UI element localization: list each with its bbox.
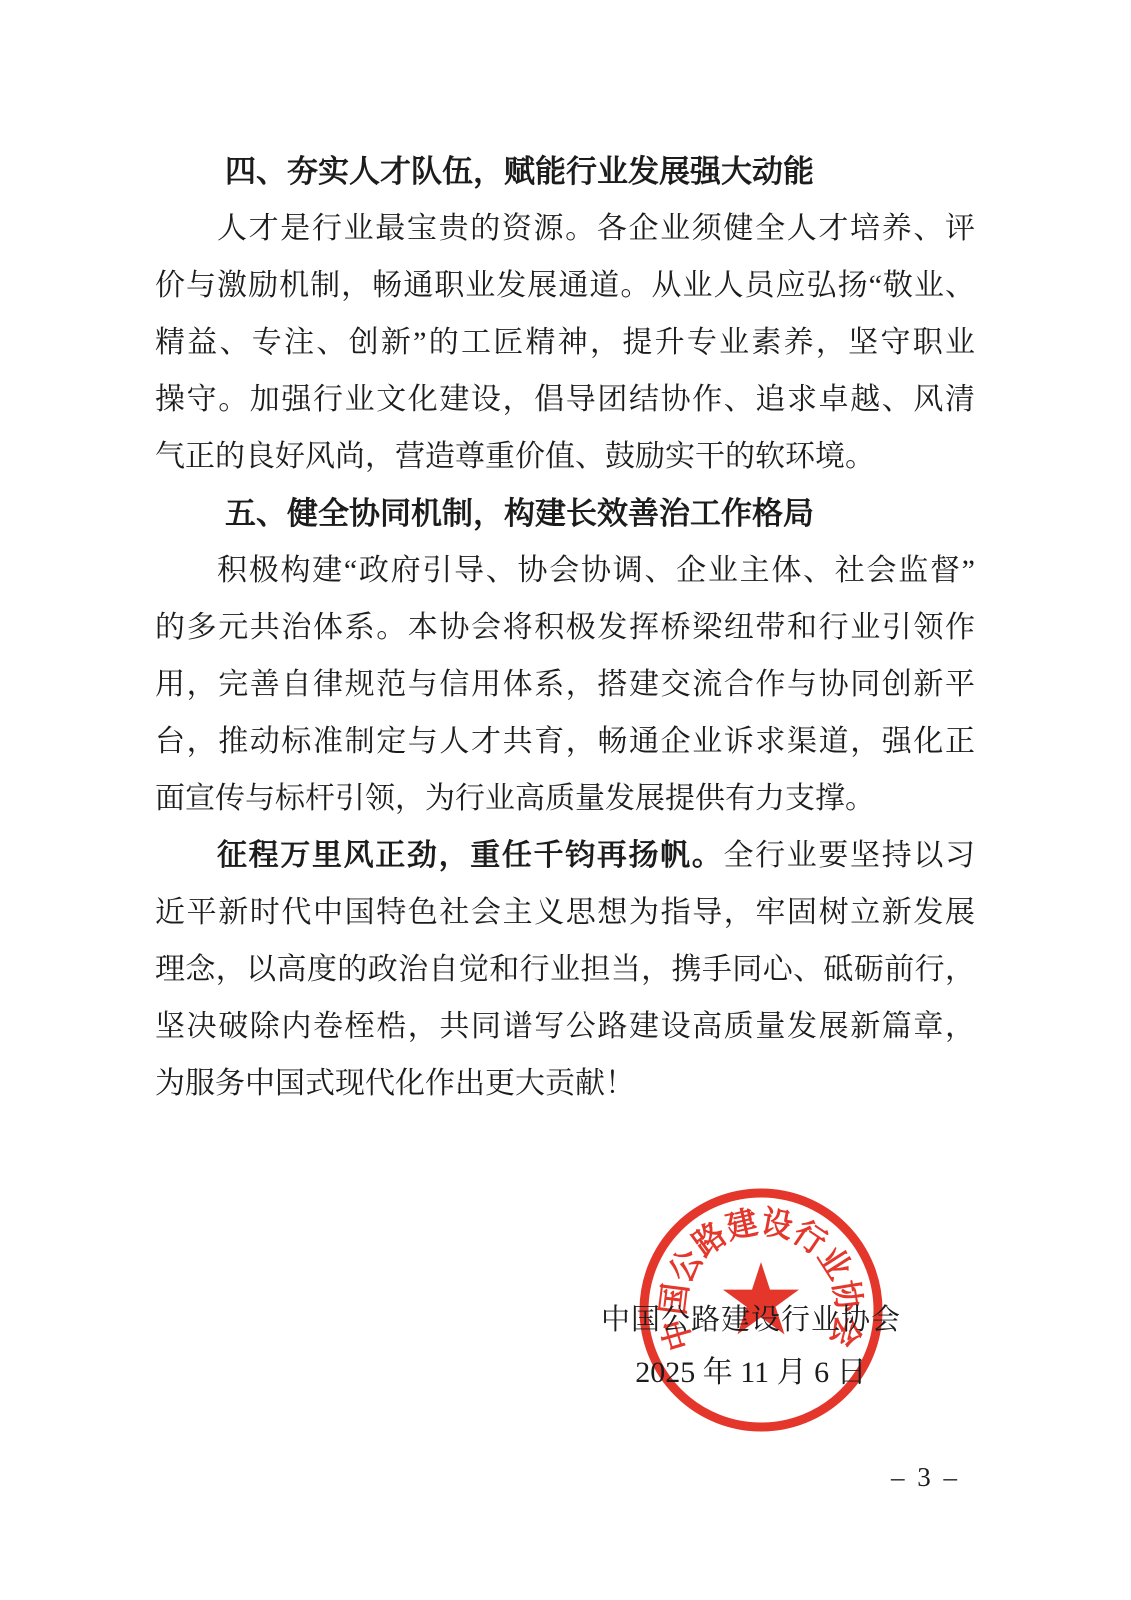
text-line: 用，完善自律规范与信用体系，搭建交流合作与协同创新平: [155, 656, 975, 713]
text-line: 价与激励机制，畅通职业发展通道。从业人员应弘扬“敬业、: [155, 257, 975, 314]
text-line: 五、健全协同机制，构建长效善治工作格局: [155, 485, 975, 542]
text-segment: 台，推动标准制定与人才共育，畅通企业诉求渠道，强化正: [155, 725, 975, 758]
text-segment: 人才是行业最宝贵的资源。各企业须健全人才培养、评: [217, 212, 975, 245]
text-segment: 五、健全协同机制，构建长效善治工作格局: [225, 496, 814, 531]
text-segment: 征程万里风正劲，重任千钧再扬帆。: [217, 839, 723, 872]
text-segment: 操守。加强行业文化建设，倡导团结协作、追求卓越、风清: [155, 383, 975, 416]
text-line: 气正的良好风尚，营造尊重价值、鼓励实干的软环境。: [155, 428, 975, 485]
text-line: 近平新时代中国特色社会主义思想为指导，牢固树立新发展: [155, 884, 975, 941]
text-line: 台，推动标准制定与人才共育，畅通企业诉求渠道，强化正: [155, 713, 975, 770]
document-page: 四、夯实人才队伍，赋能行业发展强大动能 人才是行业最宝贵的资源。各企业须健全人才…: [0, 0, 1131, 1600]
text-line: 精益、专注、创新”的工匠精神，提升专业素养，坚守职业: [155, 314, 975, 371]
document-body: 四、夯实人才队伍，赋能行业发展强大动能 人才是行业最宝贵的资源。各企业须健全人才…: [155, 143, 975, 1112]
text-line: 积极构建“政府引导、协会协调、企业主体、社会监督”: [155, 542, 975, 599]
document-date: 2025 年 11 月 6 日: [596, 1347, 906, 1391]
text-line: 面宣传与标杆引领，为行业高质量发展提供有力支撑。: [155, 770, 975, 827]
text-segment: 积极构建“政府引导、协会协调、企业主体、社会监督”: [217, 554, 975, 587]
text-segment: 全行业要坚持以习: [723, 839, 975, 872]
text-line: 征程万里风正劲，重任千钧再扬帆。全行业要坚持以习: [155, 827, 975, 884]
text-segment: 坚决破除内卷桎梏，共同谱写公路建设高质量发展新篇章，: [155, 1010, 975, 1043]
text-segment: 面宣传与标杆引领，为行业高质量发展提供有力支撑。: [155, 782, 875, 815]
text-segment: 为服务中国式现代化作出更大贡献！: [155, 1067, 635, 1100]
text-segment: 精益、专注、创新”的工匠精神，提升专业素养，坚守职业: [155, 326, 975, 359]
text-segment: 用，完善自律规范与信用体系，搭建交流合作与协同创新平: [155, 668, 975, 701]
text-line: 人才是行业最宝贵的资源。各企业须健全人才培养、评: [155, 200, 975, 257]
text-line: 的多元共治体系。本协会将积极发挥桥梁纽带和行业引领作: [155, 599, 975, 656]
text-segment: 价与激励机制，畅通职业发展通道。从业人员应弘扬“敬业、: [155, 269, 975, 302]
page-number: – 3 –: [863, 1462, 988, 1493]
text-segment: 气正的良好风尚，营造尊重价值、鼓励实干的软环境。: [155, 440, 875, 473]
text-line: 四、夯实人才队伍，赋能行业发展强大动能: [155, 143, 975, 200]
text-line: 理念，以高度的政治自觉和行业担当，携手同心、砥砺前行，: [155, 941, 975, 998]
text-line: 为服务中国式现代化作出更大贡献！: [155, 1055, 975, 1112]
text-segment: 的多元共治体系。本协会将积极发挥桥梁纽带和行业引领作: [155, 611, 975, 644]
text-segment: 四、夯实人才队伍，赋能行业发展强大动能: [225, 154, 814, 189]
text-line: 坚决破除内卷桎梏，共同谱写公路建设高质量发展新篇章，: [155, 998, 975, 1055]
text-line: 操守。加强行业文化建设，倡导团结协作、追求卓越、风清: [155, 371, 975, 428]
text-segment: 理念，以高度的政治自觉和行业担当，携手同心、砥砺前行，: [155, 953, 975, 986]
text-segment: 近平新时代中国特色社会主义思想为指导，牢固树立新发展: [155, 896, 975, 929]
organization-name: 中国公路建设行业协会: [596, 1297, 906, 1338]
